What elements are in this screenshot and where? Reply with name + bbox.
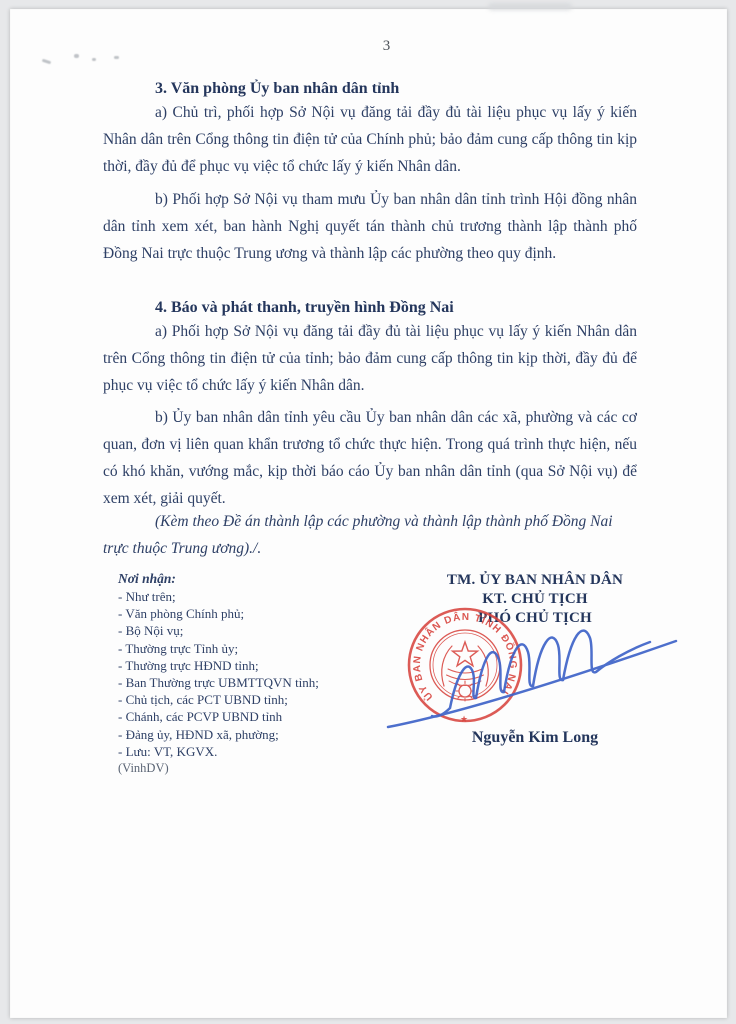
scan-streak xyxy=(488,3,572,10)
scan-smudge xyxy=(74,54,79,58)
attachment-note: (Kèm theo Đề án thành lập các phường và … xyxy=(103,508,637,562)
recipient-item: - Lưu: VT, KGVX. xyxy=(118,743,319,760)
recipient-item: - Thường trực HĐND tỉnh; xyxy=(118,657,319,674)
recipient-item: - Thường trực Tỉnh ủy; xyxy=(118,640,319,657)
signing-authority: TM. ỦY BAN NHÂN DÂN xyxy=(398,571,672,590)
recipient-item: - Ban Thường trực UBMTTQVN tỉnh; xyxy=(118,674,319,691)
scanned-document-page: { "page": { "number": "3" }, "doc": { "s… xyxy=(0,0,736,1024)
signature-loops xyxy=(432,631,650,717)
recipient-item: - Chủ tịch, các PCT UBND tỉnh; xyxy=(118,691,319,708)
recipients-label: Nơi nhận: xyxy=(118,569,319,588)
recipients-block: Nơi nhận: - Như trên; - Văn phòng Chính … xyxy=(118,569,319,776)
recipient-item: - Bộ Nội vụ; xyxy=(118,622,319,639)
section-3-paragraph-b: b) Phối hợp Sở Nội vụ tham mưu Ủy ban nh… xyxy=(103,186,637,267)
scan-smudge xyxy=(92,58,96,61)
recipient-item: - Văn phòng Chính phủ; xyxy=(118,605,319,622)
section-3-paragraph-a: a) Chủ trì, phối hợp Sở Nội vụ đăng tải … xyxy=(103,99,637,180)
signature-underline xyxy=(388,641,676,727)
handwritten-signature xyxy=(380,600,680,750)
page-number: 3 xyxy=(120,38,653,55)
section-4-paragraph-a: a) Phối hợp Sở Nội vụ đăng tải đầy đủ tà… xyxy=(103,318,637,399)
recipient-item: - Đảng ủy, HĐND xã, phường; xyxy=(118,726,319,743)
recipient-item: - Chánh, các PCVP UBND tỉnh xyxy=(118,708,319,725)
clerk-initials: (VinhDV) xyxy=(118,760,319,776)
signer-name: Nguyễn Kim Long xyxy=(398,729,672,747)
scan-smudge xyxy=(114,56,119,59)
recipient-item: - Như trên; xyxy=(118,588,319,605)
section-4-paragraph-b: b) Ủy ban nhân dân tỉnh yêu cầu Ủy ban n… xyxy=(103,404,637,512)
